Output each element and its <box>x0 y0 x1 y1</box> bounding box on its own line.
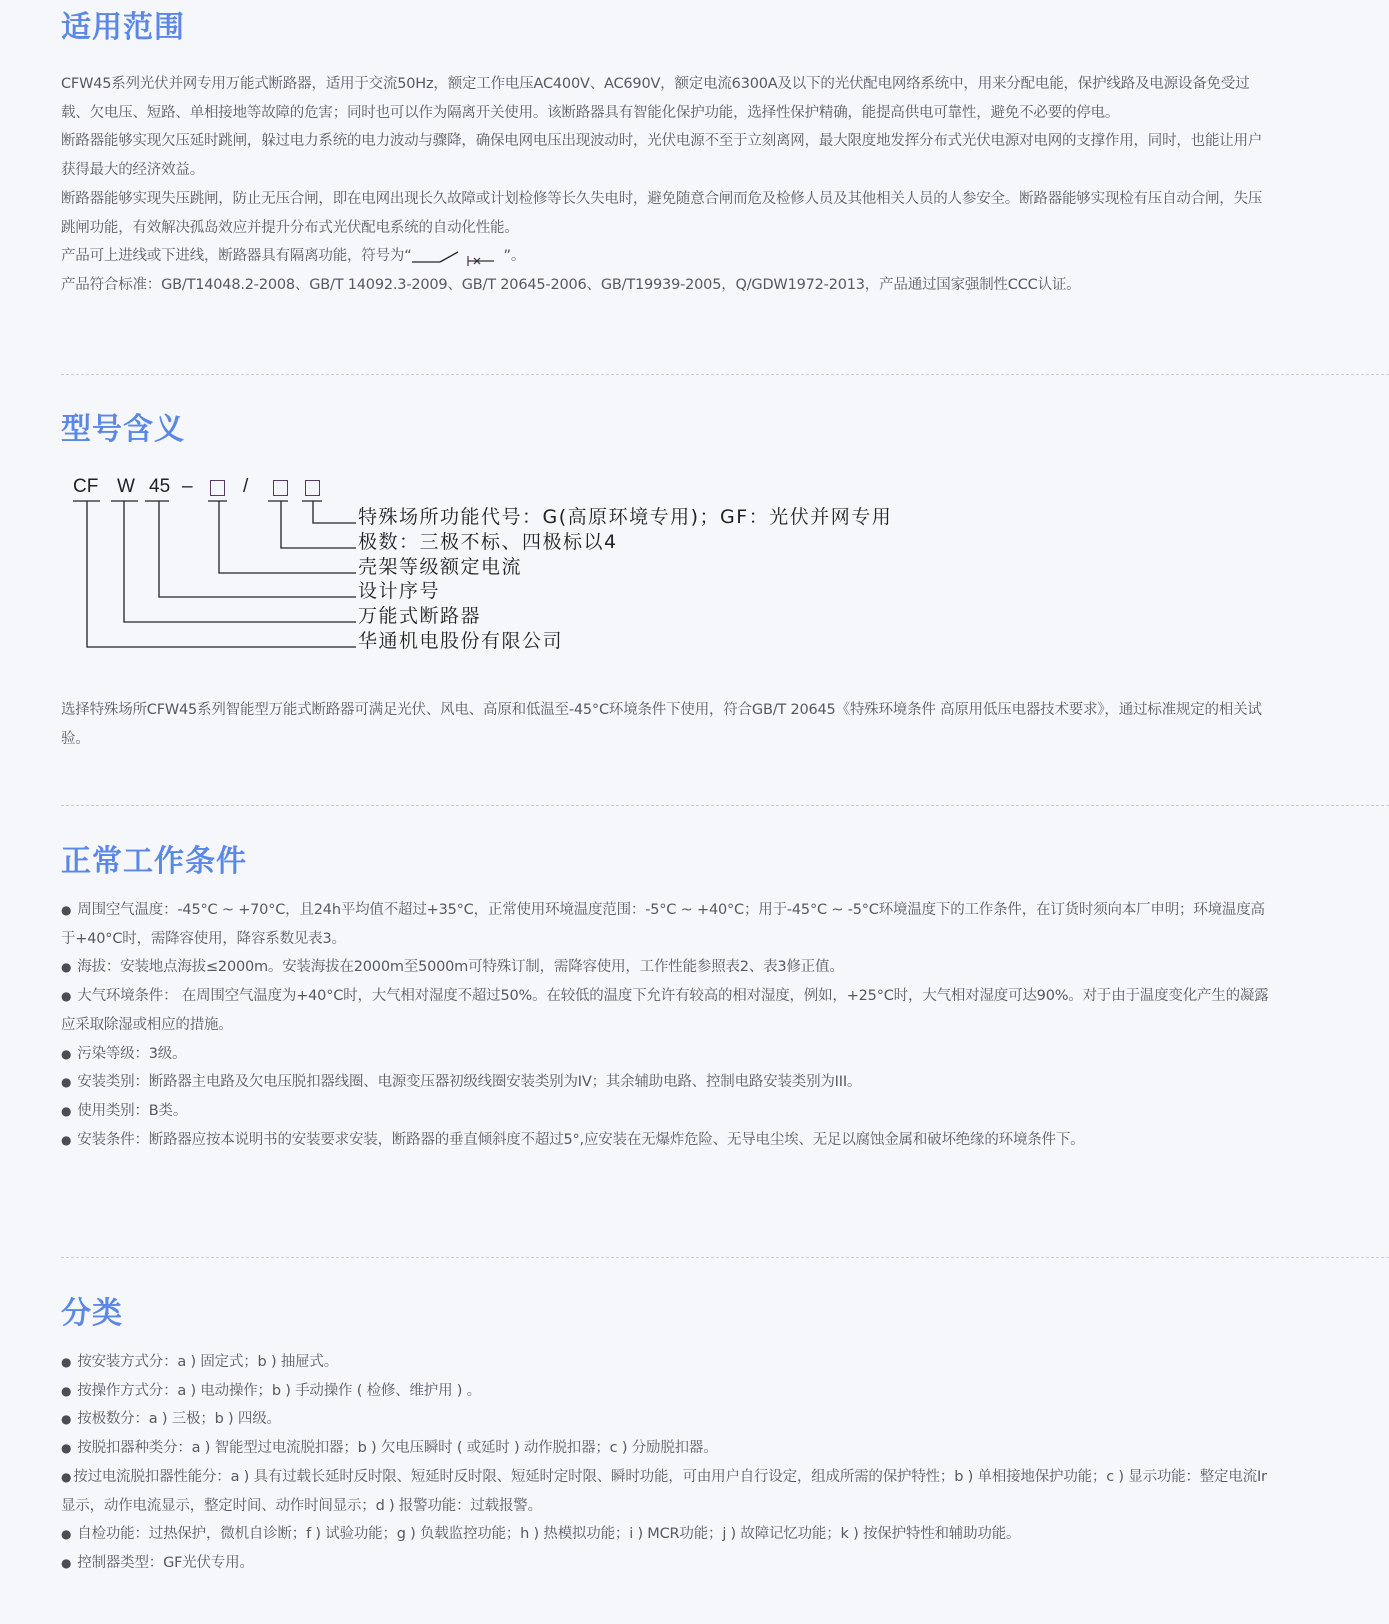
scope-isolation-symbol-line: 产品可上进线或下进线，断路器具有隔离功能，符号为“”。 <box>61 242 1271 271</box>
model-diagram-lines <box>61 470 961 690</box>
class-item-overcurrent-performance: 按过电流脱扣器性能分：a ) 具有过载长延时反时限、短延时反时限、短延时定时限、… <box>61 1463 1271 1520</box>
symbol-prefix-text: 产品可上进线或下进线，断路器具有隔离功能，符号为“ <box>61 248 412 264</box>
section-title-scope: 适用范围 <box>61 8 1341 48</box>
section-scope: 适用范围 CFW45系列光伏并网专用万能式断路器，适用于交流50Hz，额定工作电… <box>61 8 1341 300</box>
section-title-classification: 分类 <box>61 1294 1341 1334</box>
section-conditions: 正常工作条件 周围空气温度：-45°C ~ +70°C，且24h平均值不超过+3… <box>61 842 1341 1154</box>
condition-item-atmosphere: 大气环境条件： 在周围空气温度为+40°C时，大气相对湿度不超过50%。在较低的… <box>61 982 1271 1039</box>
class-item-install-method: 按安装方式分：a ) 固定式；b ) 抽屉式。 <box>61 1348 1271 1377</box>
class-item-operation-method: 按操作方式分：a ) 电动操作；b ) 手动操作 ( 检修、维护用 ) 。 <box>61 1377 1271 1406</box>
model-note-block: 选择特殊场所CFW45系列智能型万能式断路器可满足光伏、风电、高原和低温至-45… <box>61 696 1341 753</box>
section-title-model: 型号含义 <box>61 410 1341 450</box>
model-code-diagram: CF W 45 – / 特殊场所功能代号：G(高原环境专用)； <box>61 470 961 690</box>
condition-item-install-category: 安装类别：断路器主电路及欠电压脱扣器线圈、电源变压器初级线圈安装类别为IV；其余… <box>61 1068 1271 1097</box>
condition-item-pollution: 污染等级：3级。 <box>61 1040 1271 1069</box>
section-model: 型号含义 <box>61 410 1341 450</box>
section-title-conditions: 正常工作条件 <box>61 842 1341 882</box>
section-divider-2 <box>61 805 1389 806</box>
scope-paragraph-3: 断路器能够实现失压跳闸，防止无压合闸，即在电网出现长久故障或计划检修等长久失电时… <box>61 185 1271 242</box>
condition-item-install-conditions: 安装条件：断路器应按本说明书的安装要求安装，断路器的垂直倾斜度不超过5°,应安装… <box>61 1126 1271 1155</box>
class-item-controller-type: 控制器类型：GF光伏专用。 <box>61 1549 1271 1578</box>
condition-item-altitude: 海拔：安装地点海拔≤2000m。安装海拔在2000m至5000m可特殊订制，需降… <box>61 953 1271 982</box>
section-divider-1 <box>61 374 1389 375</box>
class-item-self-check: 自检功能：过热保护，微机自诊断；f ) 试验功能；g ) 负载监控功能；h ) … <box>61 1520 1271 1549</box>
section-classification: 分类 按安装方式分：a ) 固定式；b ) 抽屉式。 按操作方式分：a ) 电动… <box>61 1294 1341 1578</box>
product-spec-page: 适用范围 CFW45系列光伏并网专用万能式断路器，适用于交流50Hz，额定工作电… <box>0 0 1389 1624</box>
desc-poles: 极数：三极不标、四极标以4 <box>358 530 618 554</box>
desc-frame-current: 壳架等级额定电流 <box>358 555 522 579</box>
scope-paragraph-2: 断路器能够实现欠压延时跳闸，躲过电力系统的电力波动与骤降，确保电网电压出现波动时… <box>61 127 1271 184</box>
class-item-poles: 按极数分：a ) 三极；b ) 四级。 <box>61 1405 1271 1434</box>
model-note: 选择特殊场所CFW45系列智能型万能式断路器可满足光伏、风电、高原和低温至-45… <box>61 696 1271 753</box>
desc-breaker-type: 万能式断路器 <box>358 604 481 628</box>
desc-design-serial: 设计序号 <box>358 579 440 603</box>
desc-special-code: 特殊场所功能代号：G(高原环境专用)；GF：光伏并网专用 <box>358 505 892 529</box>
section-divider-3 <box>61 1257 1389 1258</box>
isolating-switch-symbol-icon <box>412 248 504 264</box>
scope-standards: 产品符合标准：GB/T14048.2-2008、GB/T 14092.3-200… <box>61 271 1271 300</box>
condition-item-temperature: 周围空气温度：-45°C ~ +70°C，且24h平均值不超过+35°C，正常使… <box>61 896 1271 953</box>
class-item-release-type: 按脱扣器种类分：a ) 智能型过电流脱扣器；b ) 欠电压瞬时 ( 或延时 ) … <box>61 1434 1271 1463</box>
scope-paragraph-1: CFW45系列光伏并网专用万能式断路器，适用于交流50Hz，额定工作电压AC40… <box>61 70 1271 127</box>
symbol-suffix-text: ”。 <box>504 248 526 264</box>
desc-company: 华通机电股份有限公司 <box>358 629 563 653</box>
condition-item-use-category: 使用类别：B类。 <box>61 1097 1271 1126</box>
